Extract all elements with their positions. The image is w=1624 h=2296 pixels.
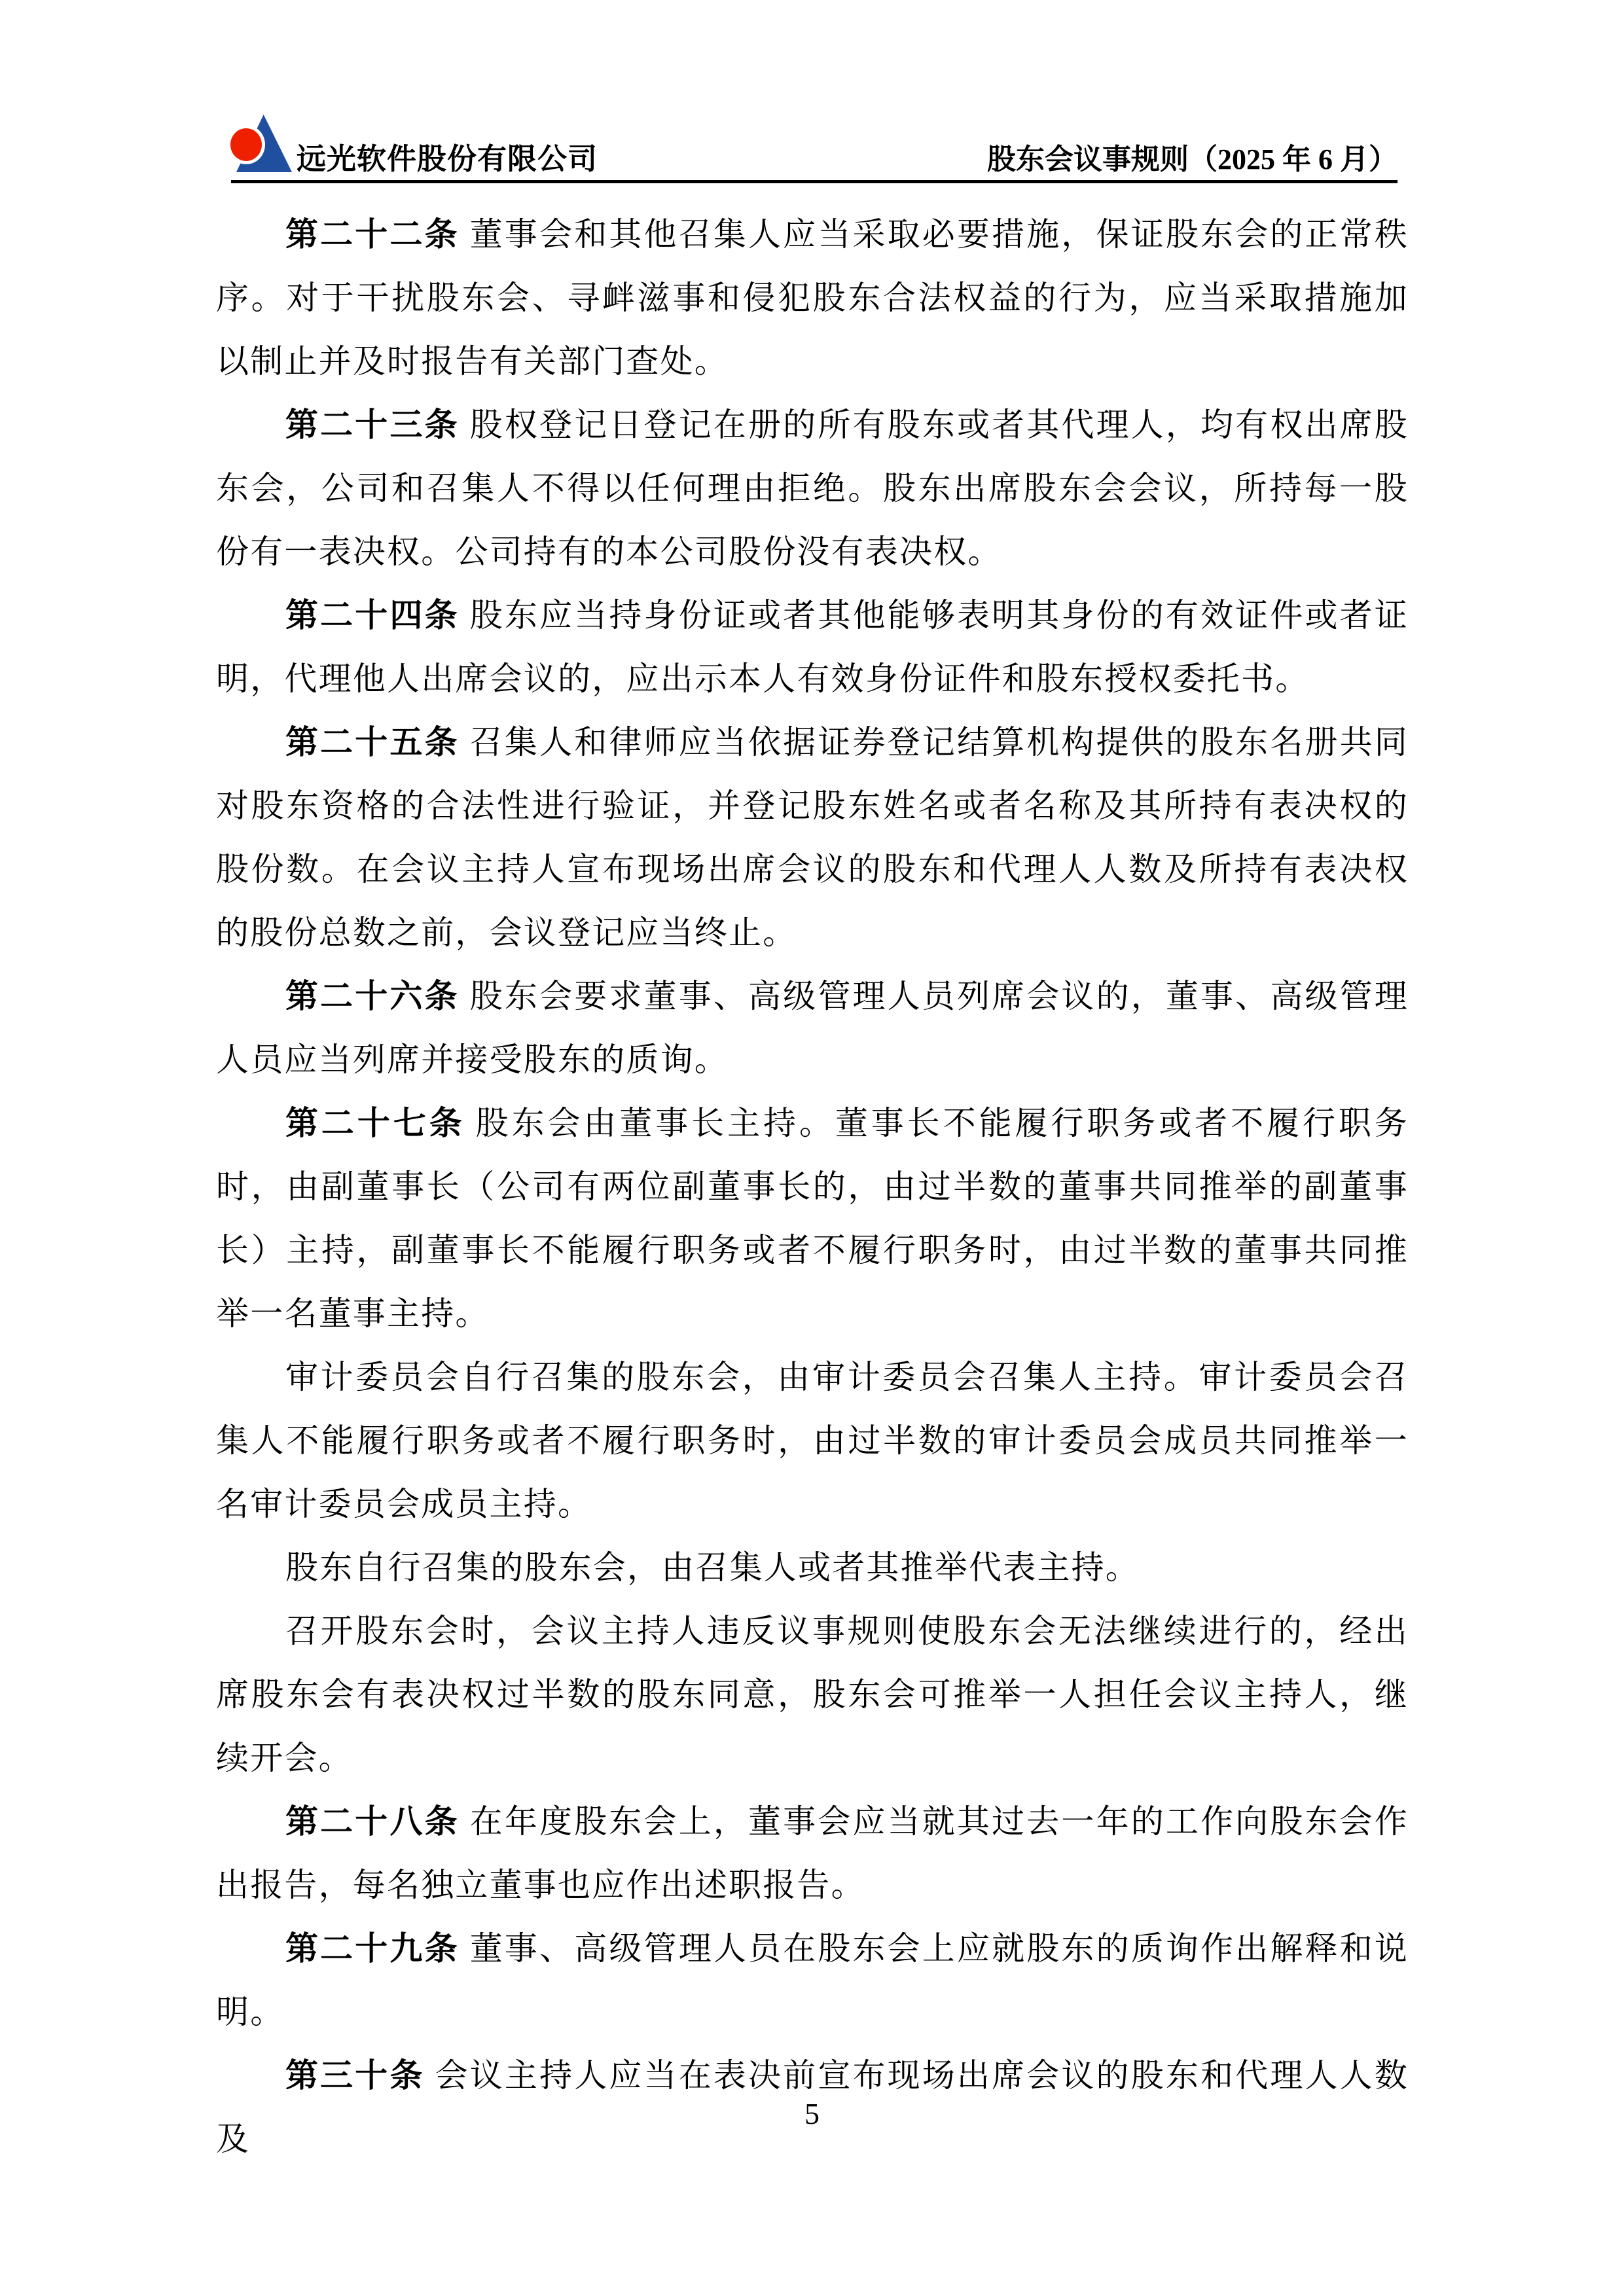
article-number: 第二十八条 [285,1803,460,1840]
article-paragraph: 第二十八条在年度股东会上，董事会应当就其过去一年的工作向股东会作出报告，每名独立… [216,1790,1409,1917]
page-number: 5 [0,2096,1624,2131]
logo-red-dot-shape [227,125,265,164]
article-paragraph: 第二十四条股东应当持身份证或者其他能够表明其身份的有效证件或者证明，代理他人出席… [216,584,1409,711]
article-paragraph: 第二十二条董事会和其他召集人应当采取必要措施，保证股东会的正常秩序。对于干扰股东… [216,203,1409,393]
article-paragraph: 第二十五条召集人和律师应当依据证券登记结算机构提供的股东名册共同对股东资格的合法… [216,711,1409,965]
article-paragraph: 第二十六条股东会要求董事、高级管理人员列席会议的，董事、高级管理人员应当列席并接… [216,965,1409,1092]
document-title: 股东会议事规则（2025 年 6 月） [987,135,1398,177]
article-number: 第二十四条 [285,596,460,634]
document-page: 远光软件股份有限公司 股东会议事规则（2025 年 6 月） 第二十二条董事会和… [0,0,1624,2296]
article-number: 第二十五条 [285,723,460,761]
article-number: 第二十三条 [285,406,460,444]
article-number: 第二十九条 [285,1929,460,1967]
article-number: 第三十条 [285,2056,425,2094]
article-paragraph: 审计委员会自行召集的股东会，由审计委员会召集人主持。审计委员会召集人不能履行职务… [216,1346,1409,1536]
article-paragraph: 第二十七条股东会由董事长主持。董事长不能履行职务或者不履行职务时，由副董事长（公… [216,1092,1409,1346]
article-number: 第二十二条 [285,215,460,253]
page-header: 远光软件股份有限公司 股东会议事规则（2025 年 6 月） [231,107,1398,183]
article-number: 第二十六条 [285,977,460,1015]
article-number: 第二十七条 [285,1104,465,1142]
company-name: 远光软件股份有限公司 [297,135,598,177]
company-logo-icon [234,115,294,175]
article-paragraph: 第二十三条股权登记日登记在册的所有股东或者其代理人，均有权出席股东会，公司和召集… [216,393,1409,584]
article-paragraph: 召开股东会时，会议主持人违反议事规则使股东会无法继续进行的，经出席股东会有表决权… [216,1600,1409,1790]
article-list: 第二十二条董事会和其他召集人应当采取必要措施，保证股东会的正常秩序。对于干扰股东… [216,203,1409,2171]
article-paragraph: 第二十九条董事、高级管理人员在股东会上应就股东的质询作出解释和说明。 [216,1917,1409,2044]
article-paragraph: 股东自行召集的股东会，由召集人或者其推举代表主持。 [216,1536,1409,1600]
